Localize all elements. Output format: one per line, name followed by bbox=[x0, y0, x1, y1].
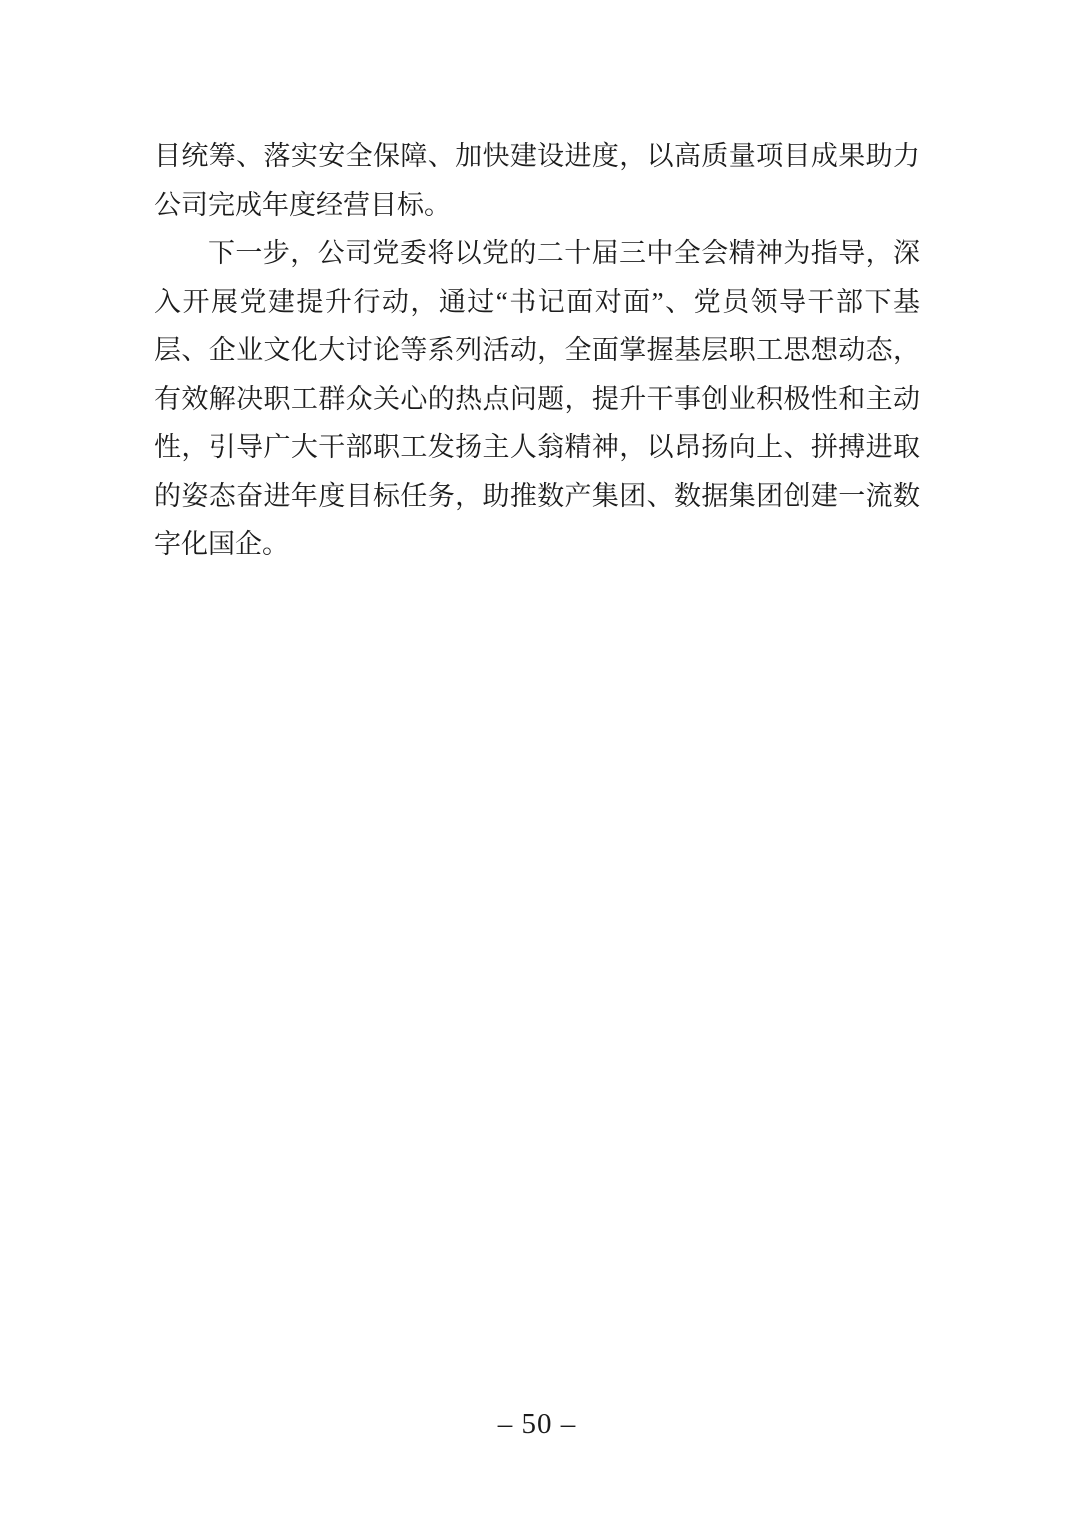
page-number: – 50 – bbox=[0, 1406, 1074, 1442]
text-line: 字化国企。 bbox=[154, 520, 920, 569]
document-page: 目统筹、落实安全保障、加快建设进度，以高质量项目成果助力 公司完成年度经营目标。… bbox=[0, 0, 1074, 1520]
text-line: 目统筹、落实安全保障、加快建设进度，以高质量项目成果助力 bbox=[154, 132, 920, 181]
text-line: 层、企业文化大讨论等系列活动，全面掌握基层职工思想动态， bbox=[154, 326, 920, 375]
text-line: 下一步，公司党委将以党的二十届三中全会精神为指导，深 bbox=[154, 229, 920, 278]
text-line: 公司完成年度经营目标。 bbox=[154, 181, 920, 230]
text-line: 有效解决职工群众关心的热点问题，提升干事创业积极性和主动 bbox=[154, 375, 920, 424]
text-line: 的姿态奋进年度目标任务，助推数产集团、数据集团创建一流数 bbox=[154, 472, 920, 521]
paragraph-1: 目统筹、落实安全保障、加快建设进度，以高质量项目成果助力 公司完成年度经营目标。 bbox=[154, 132, 920, 229]
text-line: 入开展党建提升行动，通过“书记面对面”、党员领导干部下基 bbox=[154, 278, 920, 327]
document-body: 目统筹、落实安全保障、加快建设进度，以高质量项目成果助力 公司完成年度经营目标。… bbox=[154, 132, 920, 569]
text-line: 性，引导广大干部职工发扬主人翁精神，以昂扬向上、拼搏进取 bbox=[154, 423, 920, 472]
paragraph-2: 下一步，公司党委将以党的二十届三中全会精神为指导，深 入开展党建提升行动，通过“… bbox=[154, 229, 920, 569]
